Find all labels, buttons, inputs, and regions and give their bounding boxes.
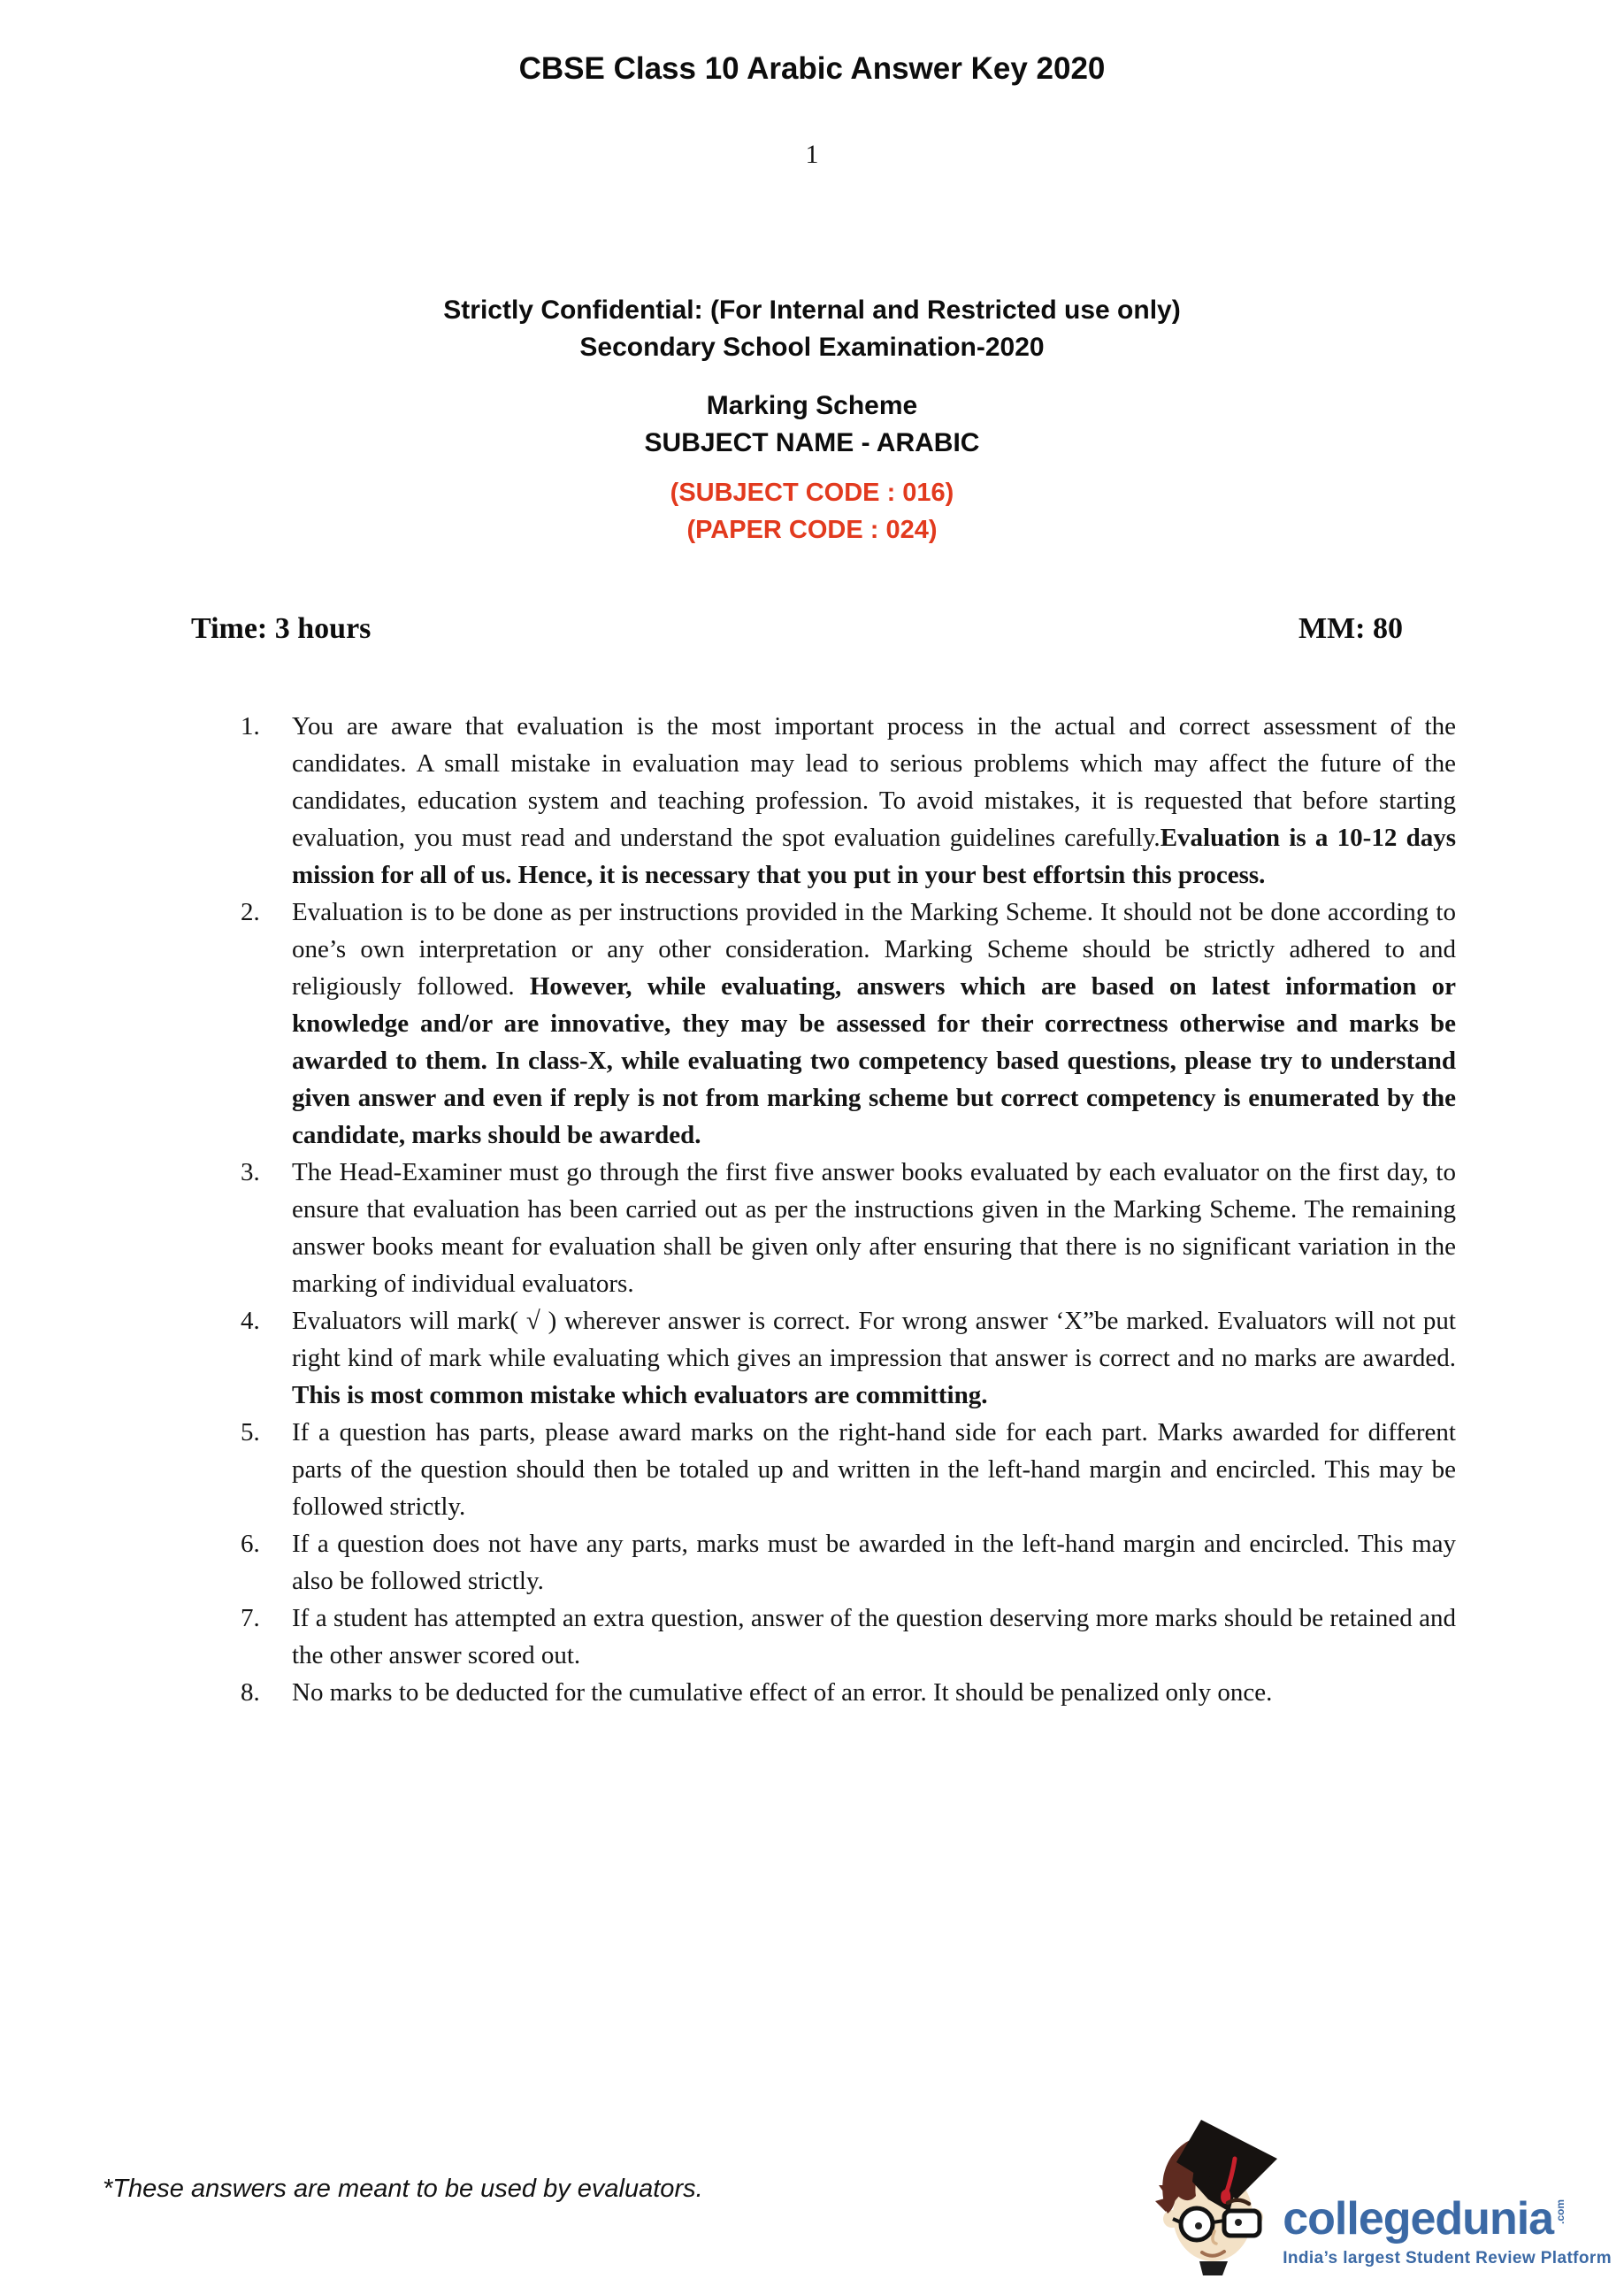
brand-tagline: India’s largest Student Review Platform xyxy=(1283,2249,1612,2268)
exam-meta-row: Time: 3 hours MM: 80 xyxy=(0,612,1624,646)
subject-name: SUBJECT NAME - ARABIC xyxy=(0,425,1624,462)
marking-scheme-header: Marking Scheme SUBJECT NAME - ARABIC xyxy=(0,388,1624,462)
confidential-header: Strictly Confidential: (For Internal and… xyxy=(0,292,1624,366)
code-block: (SUBJECT CODE : 016) (PAPER CODE : 024) xyxy=(0,474,1624,549)
confidential-line-2: Secondary School Examination-2020 xyxy=(0,329,1624,366)
instruction-item: If a question has parts, please award ma… xyxy=(239,1414,1456,1525)
instruction-item: You are aware that evaluation is the mos… xyxy=(239,708,1456,894)
evaluator-note: *These answers are meant to be used by e… xyxy=(103,2175,703,2204)
graduate-boy-mascot-icon xyxy=(1146,2113,1288,2277)
max-marks: MM: 80 xyxy=(1298,612,1403,646)
document-page: CBSE Class 10 Arabic Answer Key 2020 1 S… xyxy=(0,0,1624,2279)
instructions-list: You are aware that evaluation is the mos… xyxy=(239,708,1456,1711)
instruction-item: If a question does not have any parts, m… xyxy=(239,1525,1456,1600)
scheme-title: Marking Scheme xyxy=(0,388,1624,425)
subject-code: (SUBJECT CODE : 016) xyxy=(0,474,1624,511)
brand-name: collegedunia xyxy=(1283,2196,1553,2242)
brand-tld: .com xyxy=(1555,2199,1566,2224)
instruction-item: If a student has attempted an extra ques… xyxy=(239,1600,1456,1674)
paper-code: (PAPER CODE : 024) xyxy=(0,511,1624,549)
confidential-line-1: Strictly Confidential: (For Internal and… xyxy=(0,292,1624,329)
page-number: 1 xyxy=(0,140,1624,170)
instruction-item: The Head-Examiner must go through the fi… xyxy=(239,1154,1456,1302)
instruction-item: No marks to be deducted for the cumulati… xyxy=(239,1674,1456,1711)
logo-text: collegedunia .com India’s largest Studen… xyxy=(1283,2196,1612,2277)
collegedunia-logo: collegedunia .com India’s largest Studen… xyxy=(1146,2113,1612,2277)
exam-time: Time: 3 hours xyxy=(191,612,371,646)
page-title: CBSE Class 10 Arabic Answer Key 2020 xyxy=(0,51,1624,87)
instruction-item: Evaluators will mark( √ ) wherever answe… xyxy=(239,1302,1456,1414)
instruction-item: Evaluation is to be done as per instruct… xyxy=(239,894,1456,1154)
